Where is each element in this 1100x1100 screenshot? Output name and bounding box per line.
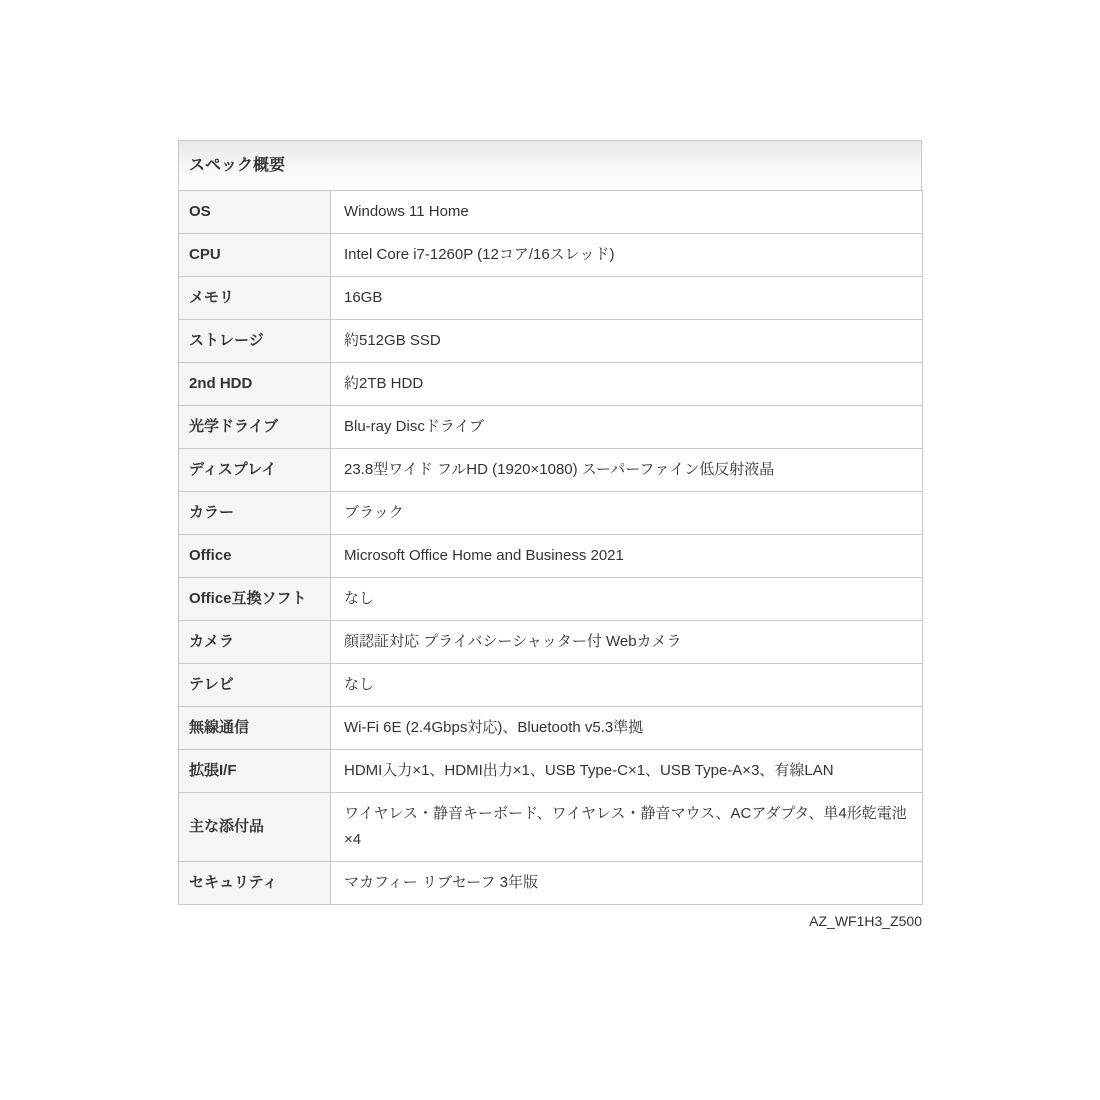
model-code-text: AZ_WF1H3_Z500 [178, 913, 922, 930]
spec-row-label: Office互換ソフト [179, 578, 331, 621]
spec-row-label: ストレージ [179, 320, 331, 363]
spec-row-value: ワイヤレス・静音キーボード、ワイヤレス・静音マウス、ACアダプタ、単4形乾電池×… [331, 793, 923, 862]
spec-row-label: 光学ドライブ [179, 406, 331, 449]
spec-row-label: メモリ [179, 277, 331, 320]
spec-row: カメラ 顔認証対応 プライバシーシャッター付 Webカメラ [179, 621, 923, 664]
spec-row: OS Windows 11 Home [179, 191, 923, 234]
spec-row-label: OS [179, 191, 331, 234]
spec-table: OS Windows 11 Home CPU Intel Core i7-126… [178, 190, 923, 905]
spec-row-label: 2nd HDD [179, 363, 331, 406]
spec-row-label: ディスプレイ [179, 449, 331, 492]
spec-row: ストレージ 約512GB SSD [179, 320, 923, 363]
spec-row-value: 約2TB HDD [331, 363, 923, 406]
spec-row: テレビ なし [179, 664, 923, 707]
spec-row-value: HDMI入力×1、HDMI出力×1、USB Type-C×1、USB Type-… [331, 750, 923, 793]
spec-row-value: なし [331, 578, 923, 621]
spec-row-label: 無線通信 [179, 707, 331, 750]
spec-row-value: Microsoft Office Home and Business 2021 [331, 535, 923, 578]
spec-row-value: Blu-ray Discドライブ [331, 406, 923, 449]
spec-row-value: 約512GB SSD [331, 320, 923, 363]
spec-row: セキュリティ マカフィー リブセーフ 3年版 [179, 862, 923, 905]
spec-row-value: Intel Core i7-1260P (12コア/16スレッド) [331, 234, 923, 277]
spec-row: Office Microsoft Office Home and Busines… [179, 535, 923, 578]
spec-row-value: ブラック [331, 492, 923, 535]
spec-row-value: なし [331, 664, 923, 707]
spec-row-label: セキュリティ [179, 862, 331, 905]
spec-row-label: 主な添付品 [179, 793, 331, 862]
spec-row-label: CPU [179, 234, 331, 277]
spec-row: 光学ドライブ Blu-ray Discドライブ [179, 406, 923, 449]
spec-row-label: Office [179, 535, 331, 578]
spec-row-label: 拡張I/F [179, 750, 331, 793]
spec-row: CPU Intel Core i7-1260P (12コア/16スレッド) [179, 234, 923, 277]
spec-row: Office互換ソフト なし [179, 578, 923, 621]
spec-row-value: 23.8型ワイド フルHD (1920×1080) スーパーファイン低反射液晶 [331, 449, 923, 492]
spec-row-label: カラー [179, 492, 331, 535]
spec-row: ディスプレイ 23.8型ワイド フルHD (1920×1080) スーパーファイ… [179, 449, 923, 492]
spec-row-value: 顔認証対応 プライバシーシャッター付 Webカメラ [331, 621, 923, 664]
spec-row: カラー ブラック [179, 492, 923, 535]
spec-table-title: スペック概要 [178, 140, 922, 191]
spec-row: 無線通信 Wi-Fi 6E (2.4Gbps対応)、Bluetooth v5.3… [179, 707, 923, 750]
spec-row-label: テレビ [179, 664, 331, 707]
spec-section: スペック概要 OS Windows 11 Home CPU Intel Core… [178, 140, 922, 930]
spec-row: 主な添付品 ワイヤレス・静音キーボード、ワイヤレス・静音マウス、ACアダプタ、単… [179, 793, 923, 862]
spec-row-value: Windows 11 Home [331, 191, 923, 234]
spec-row-label: カメラ [179, 621, 331, 664]
spec-row-value: Wi-Fi 6E (2.4Gbps対応)、Bluetooth v5.3準拠 [331, 707, 923, 750]
spec-row: 2nd HDD 約2TB HDD [179, 363, 923, 406]
spec-row: メモリ 16GB [179, 277, 923, 320]
spec-row-value: 16GB [331, 277, 923, 320]
spec-row-value: マカフィー リブセーフ 3年版 [331, 862, 923, 905]
spec-row: 拡張I/F HDMI入力×1、HDMI出力×1、USB Type-C×1、USB… [179, 750, 923, 793]
